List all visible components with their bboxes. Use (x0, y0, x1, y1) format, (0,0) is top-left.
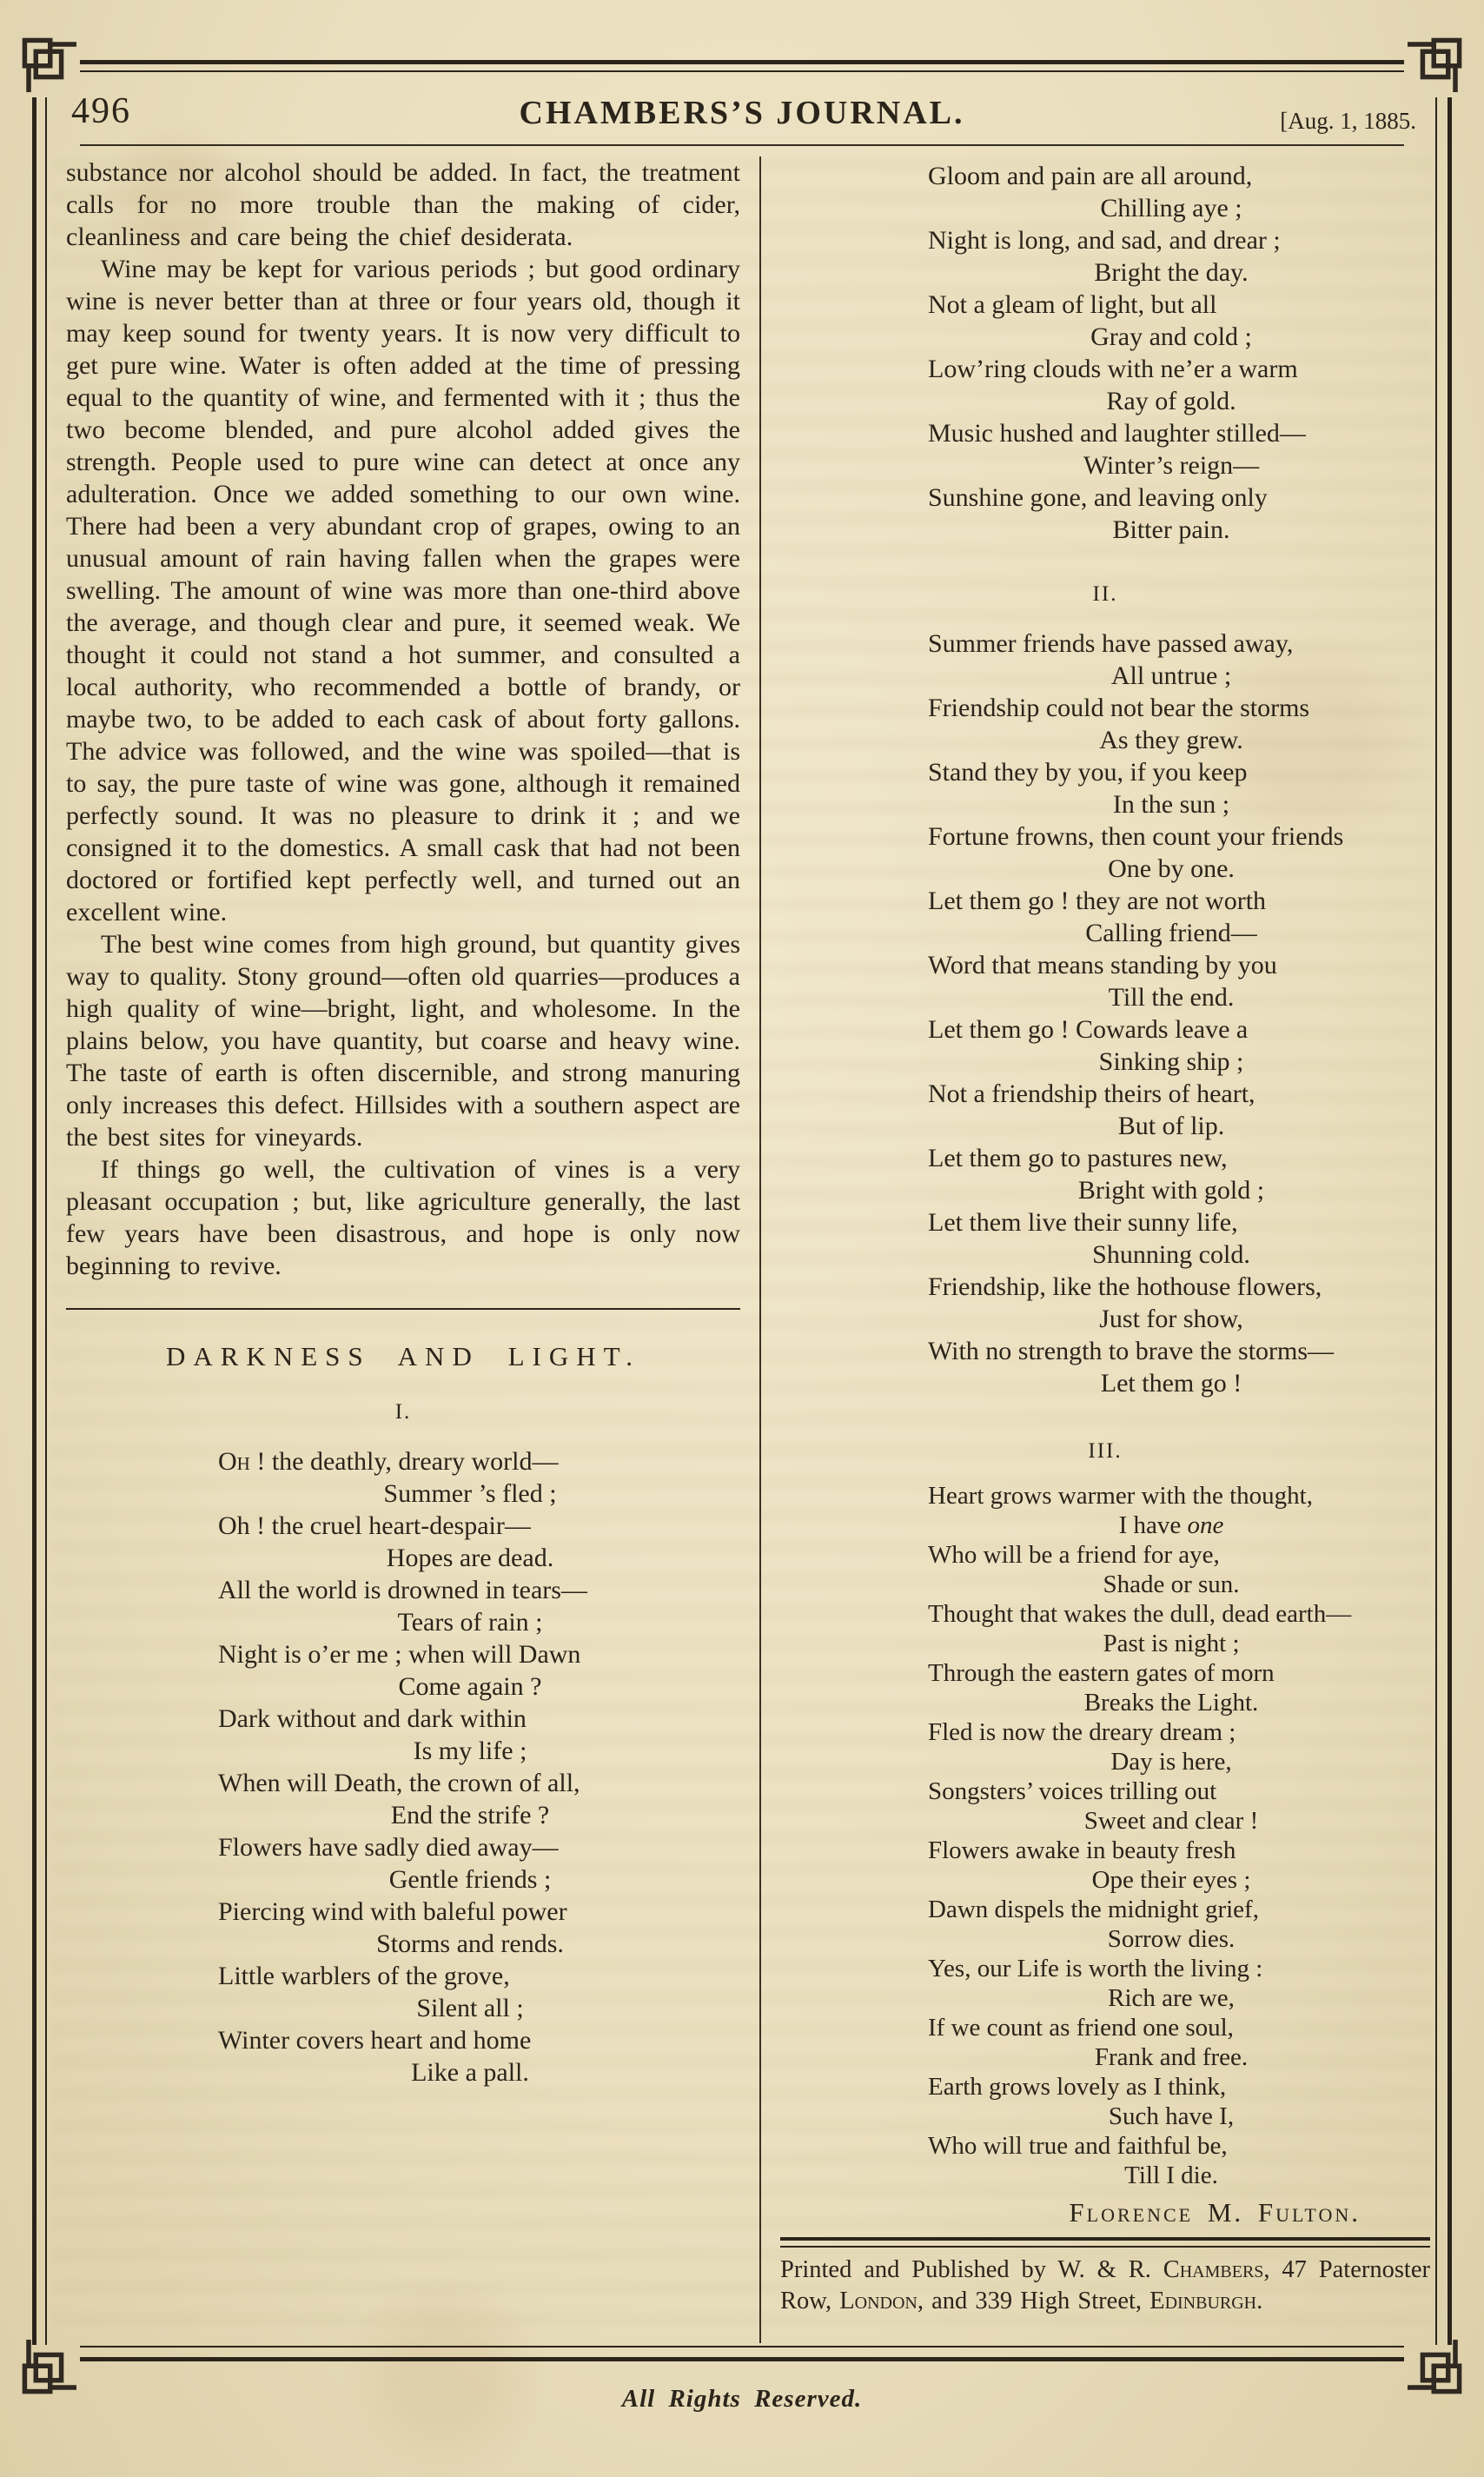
poem-line: Not a friendship theirs of heart, (928, 1078, 1414, 1110)
border-top-thin (80, 70, 1404, 72)
imprint-segment: Chambers (1163, 2256, 1264, 2283)
article-paragraph: The best wine comes from high ground, bu… (66, 928, 740, 1153)
poem-line: Till I die. (928, 2161, 1414, 2190)
poem-stanza-three: Heart grows warmer with the thought,I ha… (780, 1481, 1414, 2190)
corner-knot-icon (1408, 35, 1465, 92)
poem-line: Word that means standing by you (928, 949, 1414, 981)
journal-page: { "colors": { "paper": "#eadfbe", "ink":… (0, 0, 1484, 2477)
poem-line: Ope their eyes ; (928, 1865, 1414, 1895)
imprint-segment: Printed and Published by W. & R. (780, 2256, 1163, 2283)
poem-line: Come again ? (218, 1670, 722, 1703)
border-top-thick (80, 60, 1404, 64)
wine-article: substance nor alcohol should be added. I… (66, 156, 740, 1282)
poem-line: But of lip. (928, 1110, 1414, 1142)
poem-line: Ray of gold. (928, 385, 1414, 417)
poem-line: Past is night ; (928, 1629, 1414, 1658)
border-right-thick (1448, 97, 1452, 2345)
page-content: substance nor alcohol should be added. I… (66, 156, 1430, 2343)
poem-line: Fortune frowns, then count your friends (928, 820, 1414, 853)
poem-line: Chilling aye ; (928, 192, 1414, 224)
poem-line: Who will be a friend for aye, (928, 1540, 1414, 1570)
poem-line: Sunshine gone, and leaving only (928, 481, 1414, 514)
border-bottom-thin (80, 2346, 1404, 2348)
poem-line: Summer friends have passed away, (928, 628, 1414, 660)
imprint-segment: London (839, 2288, 918, 2314)
right-column: Gloom and pain are all around,Chilling a… (780, 156, 1430, 2343)
poem-line: Low’ring clouds with ne’er a warm (928, 353, 1414, 385)
poem-line: Calling friend— (928, 917, 1414, 949)
poem-line: Thought that wakes the dull, dead earth— (928, 1599, 1414, 1629)
poem-line: Is my life ; (218, 1735, 722, 1767)
poem-line: Shade or sun. (928, 1570, 1414, 1599)
poem-line: Winter’s reign— (928, 449, 1414, 481)
poem-line: Winter covers heart and home (218, 2024, 722, 2056)
article-paragraph: If things go well, the cultivation of vi… (66, 1153, 740, 1282)
poem-line: Let them go ! they are not worth (928, 885, 1414, 917)
poem-line: Silent all ; (218, 1992, 722, 2024)
poem-line: Little warblers of the grove, (218, 1960, 722, 1992)
poem-line: Gentle friends ; (218, 1863, 722, 1896)
poem-line: Friendship could not bear the storms (928, 692, 1414, 724)
poem-line: Fled is now the dreary dream ; (928, 1717, 1414, 1747)
publisher-imprint: Printed and Published by W. & R. Chamber… (780, 2237, 1430, 2317)
poem-line: Let them live their sunny life, (928, 1206, 1414, 1238)
imprint-segment: . (1256, 2288, 1262, 2314)
poem-line: Gloom and pain are all around, (928, 160, 1414, 192)
poem-line: Not a gleam of light, but all (928, 289, 1414, 321)
poem-line: Sweet and clear ! (928, 1806, 1414, 1836)
stanza-label-two: II. (780, 582, 1430, 607)
issue-date: [Aug. 1, 1885. (1280, 108, 1416, 135)
poem-line: Heart grows warmer with the thought, (928, 1481, 1414, 1511)
header-rule (80, 144, 1404, 146)
poem-line: Day is here, (928, 1747, 1414, 1776)
poem-line: Oh ! the deathly, dreary world— (218, 1445, 722, 1478)
poem-line: Music hushed and laughter stilled— (928, 417, 1414, 449)
poem-line: Like a pall. (218, 2056, 722, 2089)
journal-masthead: CHAMBERS’S JOURNAL. (0, 94, 1484, 132)
poem-stanza-one-left: Oh ! the deathly, dreary world—Summer ’s… (66, 1445, 722, 2089)
poem-author-signature: Florence M. Fulton. (780, 2197, 1430, 2228)
poem-stanza-two: Summer friends have passed away,All untr… (780, 628, 1414, 1399)
imprint-segment: , and 339 High Street, (918, 2288, 1149, 2314)
poem-line: Just for show, (928, 1303, 1414, 1335)
poem-line: Storms and rends. (218, 1928, 722, 1960)
poem-line: Dark without and dark within (218, 1703, 722, 1735)
poem-line: Night is long, and sad, and drear ; (928, 224, 1414, 256)
poem-line: Bright with gold ; (928, 1174, 1414, 1206)
poem-line: Sinking ship ; (928, 1046, 1414, 1078)
poem-line: Bitter pain. (928, 514, 1414, 546)
poem-line: Stand they by you, if you keep (928, 756, 1414, 788)
poem-line: Breaks the Light. (928, 1688, 1414, 1717)
poem-line: Flowers have sadly died away— (218, 1831, 722, 1863)
poem-line: Yes, our Life is worth the living : (928, 1954, 1414, 1983)
poem-line: All untrue ; (928, 660, 1414, 692)
poem-line: Tears of rain ; (218, 1606, 722, 1638)
poem-line: Sorrow dies. (928, 1924, 1414, 1954)
poem-line: End the strife ? (218, 1799, 722, 1831)
poem-line: Frank and free. (928, 2042, 1414, 2072)
rights-notice: All Rights Reserved. (0, 2385, 1484, 2414)
poem-line: When will Death, the crown of all, (218, 1767, 722, 1799)
poem-line: Songsters’ voices trilling out (928, 1776, 1414, 1806)
border-left-thin (45, 97, 47, 2345)
poem-line: Dawn dispels the midnight grief, (928, 1895, 1414, 1924)
poem-line: In the sun ; (928, 788, 1414, 820)
border-left-thick (32, 97, 36, 2345)
poem-line: Shunning cold. (928, 1238, 1414, 1271)
poem-line: All the world is drowned in tears— (218, 1574, 722, 1606)
poem-line: With no strength to brave the storms— (928, 1335, 1414, 1367)
poem-title: DARKNESS AND LIGHT. (66, 1341, 740, 1372)
poem-line: One by one. (928, 853, 1414, 885)
article-paragraph: Wine may be kept for various periods ; b… (66, 253, 740, 928)
border-right-thin (1435, 97, 1437, 2345)
poem-line: Let them go ! Cowards leave a (928, 1013, 1414, 1046)
poem-line: Piercing wind with baleful power (218, 1896, 722, 1928)
left-column: substance nor alcohol should be added. I… (66, 156, 740, 2343)
poem-line: Friendship, like the hothouse flowers, (928, 1271, 1414, 1303)
poem-line: Through the eastern gates of morn (928, 1658, 1414, 1688)
poem-line: Let them go to pastures new, (928, 1142, 1414, 1174)
section-divider-rule (66, 1308, 740, 1310)
poem-line: Gray and cold ; (928, 321, 1414, 353)
poem-line: Oh ! the cruel heart-despair— (218, 1510, 722, 1542)
article-paragraph: substance nor alcohol should be added. I… (66, 156, 740, 253)
border-bottom-thick (80, 2357, 1404, 2361)
poem-line: If we count as friend one soul, (928, 2013, 1414, 2042)
stanza-label-three: III. (780, 1439, 1430, 1464)
stanza-label-one: I. (66, 1400, 740, 1424)
poem-line: I have one (928, 1511, 1414, 1540)
poem-line: Who will true and faithful be, (928, 2131, 1414, 2161)
poem-line: Such have I, (928, 2102, 1414, 2131)
poem-line: Bright the day. (928, 256, 1414, 289)
poem-line: Earth grows lovely as I think, (928, 2072, 1414, 2102)
imprint-segment: Edinburgh (1149, 2288, 1256, 2314)
poem-line: Let them go ! (928, 1367, 1414, 1399)
poem-line: Hopes are dead. (218, 1542, 722, 1574)
poem-stanza-one-continued: Gloom and pain are all around,Chilling a… (780, 160, 1414, 546)
poem-line: As they grew. (928, 724, 1414, 756)
poem-line: Night is o’er me ; when will Dawn (218, 1638, 722, 1670)
poem-line: Summer ’s fled ; (218, 1478, 722, 1510)
corner-knot-icon (19, 35, 76, 92)
poem-line: Till the end. (928, 981, 1414, 1013)
poem-line: Rich are we, (928, 1983, 1414, 2013)
poem-line: Flowers awake in beauty fresh (928, 1836, 1414, 1865)
